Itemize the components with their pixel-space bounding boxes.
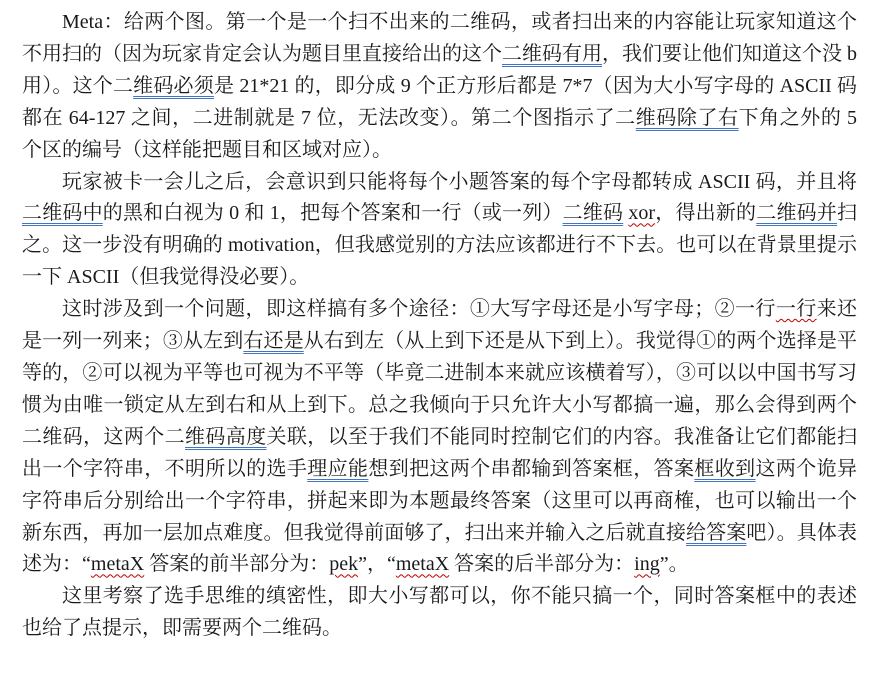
spelling-wavy-segment: 一行 xyxy=(776,298,817,320)
paragraph: 玩家被卡一会儿之后，会意识到只能将每个小题答案的每个字母都转成 ASCII 码，… xyxy=(22,167,857,295)
grammar-underline-segment: 二维码中 xyxy=(22,202,103,224)
spelling-wavy-segment: metaX xyxy=(396,553,449,575)
grammar-underline-segment: 维码除了右 xyxy=(636,107,739,129)
grammar-underline-segment: 二维码有用 xyxy=(502,43,602,65)
spelling-wavy-segment: pek xyxy=(329,553,358,575)
text-segment: 玩家被卡一会儿之后，会意识到只能将每个小题答案的每个字母都转成 ASCII 码，… xyxy=(62,171,857,193)
paragraph: 这里考察了选手思维的缜密性，即大小写都可以，你不能只搞一个，同时答案框中的表述也… xyxy=(22,581,857,645)
grammar-underline-segment: 理应能 xyxy=(307,458,368,480)
grammar-underline-segment: 给答案 xyxy=(686,522,746,544)
text-segment: 的黑和白视为 0 和 1，把每个答案和一行（或一列） xyxy=(103,202,563,224)
paragraph: 这时涉及到一个问题，即这样搞有多个途径：①大写字母还是小写字母；②一行一行来还是… xyxy=(22,294,857,581)
grammar-underline-segment: 维码必须 xyxy=(133,75,214,97)
spelling-wavy-segment: ing xyxy=(634,553,660,575)
text-segment: 这里考察了选手思维的缜密性，即大小写都可以，你不能只搞一个，同时答案框中的表述也… xyxy=(22,585,857,639)
grammar-underline-segment: 框收到 xyxy=(694,458,755,480)
spelling-wavy-segment: metaX xyxy=(91,553,144,575)
document-body: Meta：给两个图。第一个是一个扫不出来的二维码，或者扫出来的内容能让玩家知道这… xyxy=(22,7,857,645)
grammar-underline-segment: 维码高度 xyxy=(185,426,267,448)
grammar-underline-segment: 右还是 xyxy=(243,330,303,352)
document-page: Meta：给两个图。第一个是一个扫不出来的二维码，或者扫出来的内容能让玩家知道这… xyxy=(0,0,877,685)
spelling-wavy-segment: xor xyxy=(628,202,655,224)
grammar-underline-segment: 二维码并 xyxy=(756,202,837,224)
paragraph: Meta：给两个图。第一个是一个扫不出来的二维码，或者扫出来的内容能让玩家知道这… xyxy=(22,7,857,167)
text-segment: 答案的前半部分为： xyxy=(144,553,329,575)
text-segment: ”。 xyxy=(660,553,689,575)
text-segment: ，得出新的 xyxy=(655,202,756,224)
text-segment: ”，“ xyxy=(358,553,396,575)
text-segment: 这时涉及到一个问题，即这样搞有多个途径：①大写字母还是小写字母；②一行 xyxy=(62,298,776,320)
grammar-underline-segment: 二维码 xyxy=(563,202,624,224)
text-segment: 想到把这两个串都输到答案框，答案 xyxy=(368,458,694,480)
text-segment: 答案的后半部分为： xyxy=(449,553,634,575)
